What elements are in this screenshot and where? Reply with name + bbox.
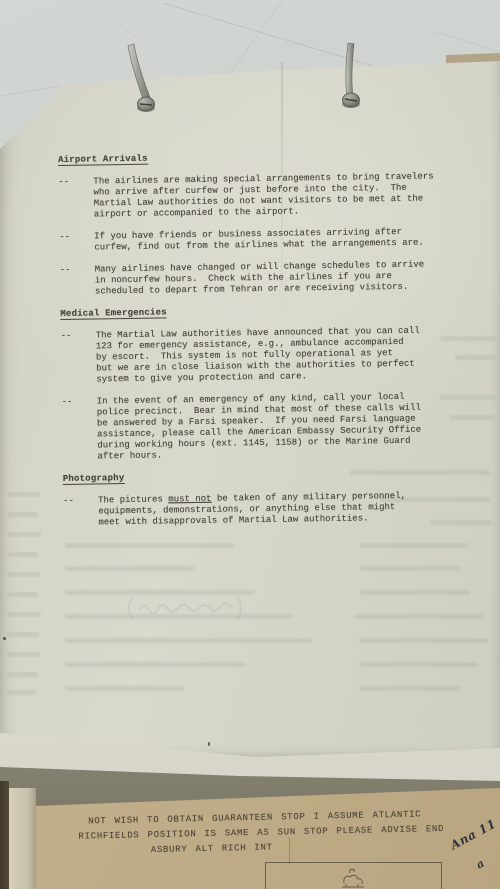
bullet-paragraph: --The pictures must not be taken of any … (63, 490, 463, 529)
bullet-paragraph: --The airlines are making special arrang… (58, 171, 459, 221)
ghost-text-line (65, 662, 245, 667)
section-heading: Photography (63, 468, 463, 485)
ghost-text-line (8, 592, 38, 597)
ghost-text-line (65, 638, 313, 643)
ghost-text-line (360, 686, 460, 691)
ghost-text-line (8, 512, 38, 517)
brad-fastener-right (334, 38, 374, 114)
ghost-text-line (8, 632, 39, 637)
ghost-text-line (8, 552, 38, 557)
bullet-paragraph: --The Martial Law authorities have annou… (61, 325, 462, 386)
section-heading: Medical Emergencies (60, 303, 460, 320)
ghost-text-line (65, 543, 235, 548)
ghost-text-line (360, 590, 470, 595)
ghost-text-line (65, 566, 195, 571)
brad-fastener-left (120, 38, 160, 116)
photographed-documents-scene: NOT WISH TO OBTAIN GUARANTEEN STOP I ASS… (0, 0, 500, 889)
ghost-text-line (65, 590, 255, 595)
ghost-text-line (8, 492, 40, 497)
crest-stamp-icon (334, 867, 370, 889)
bleed-through-handwriting (126, 596, 286, 622)
telegram-crease (289, 838, 290, 864)
ghost-text-line (8, 612, 41, 617)
page-speck (3, 637, 6, 640)
ghost-text-line (360, 543, 468, 548)
ghost-text-line (65, 686, 185, 691)
cream-paper-edge (9, 788, 36, 889)
ghost-text-line (360, 662, 478, 667)
ghost-text-line (8, 652, 40, 657)
bullet-paragraph: --Many airlines have changed or will cha… (60, 259, 460, 298)
page-speck (208, 742, 210, 746)
ghost-text-line (8, 672, 38, 677)
typed-text-block: Airport Arrivals--The airlines are makin… (58, 149, 464, 540)
ghost-text-line (8, 690, 36, 695)
ghost-text-line (8, 572, 40, 577)
bullet-paragraph: --In the event of an emergency of any ki… (62, 391, 463, 463)
ghost-text-line (355, 614, 483, 619)
dark-folder-edge (0, 781, 9, 889)
ghost-text-line (8, 532, 41, 537)
ghost-text-line (360, 566, 460, 571)
bullet-paragraph: --If you have friends or business associ… (59, 226, 459, 254)
ghost-text-line (360, 638, 488, 643)
